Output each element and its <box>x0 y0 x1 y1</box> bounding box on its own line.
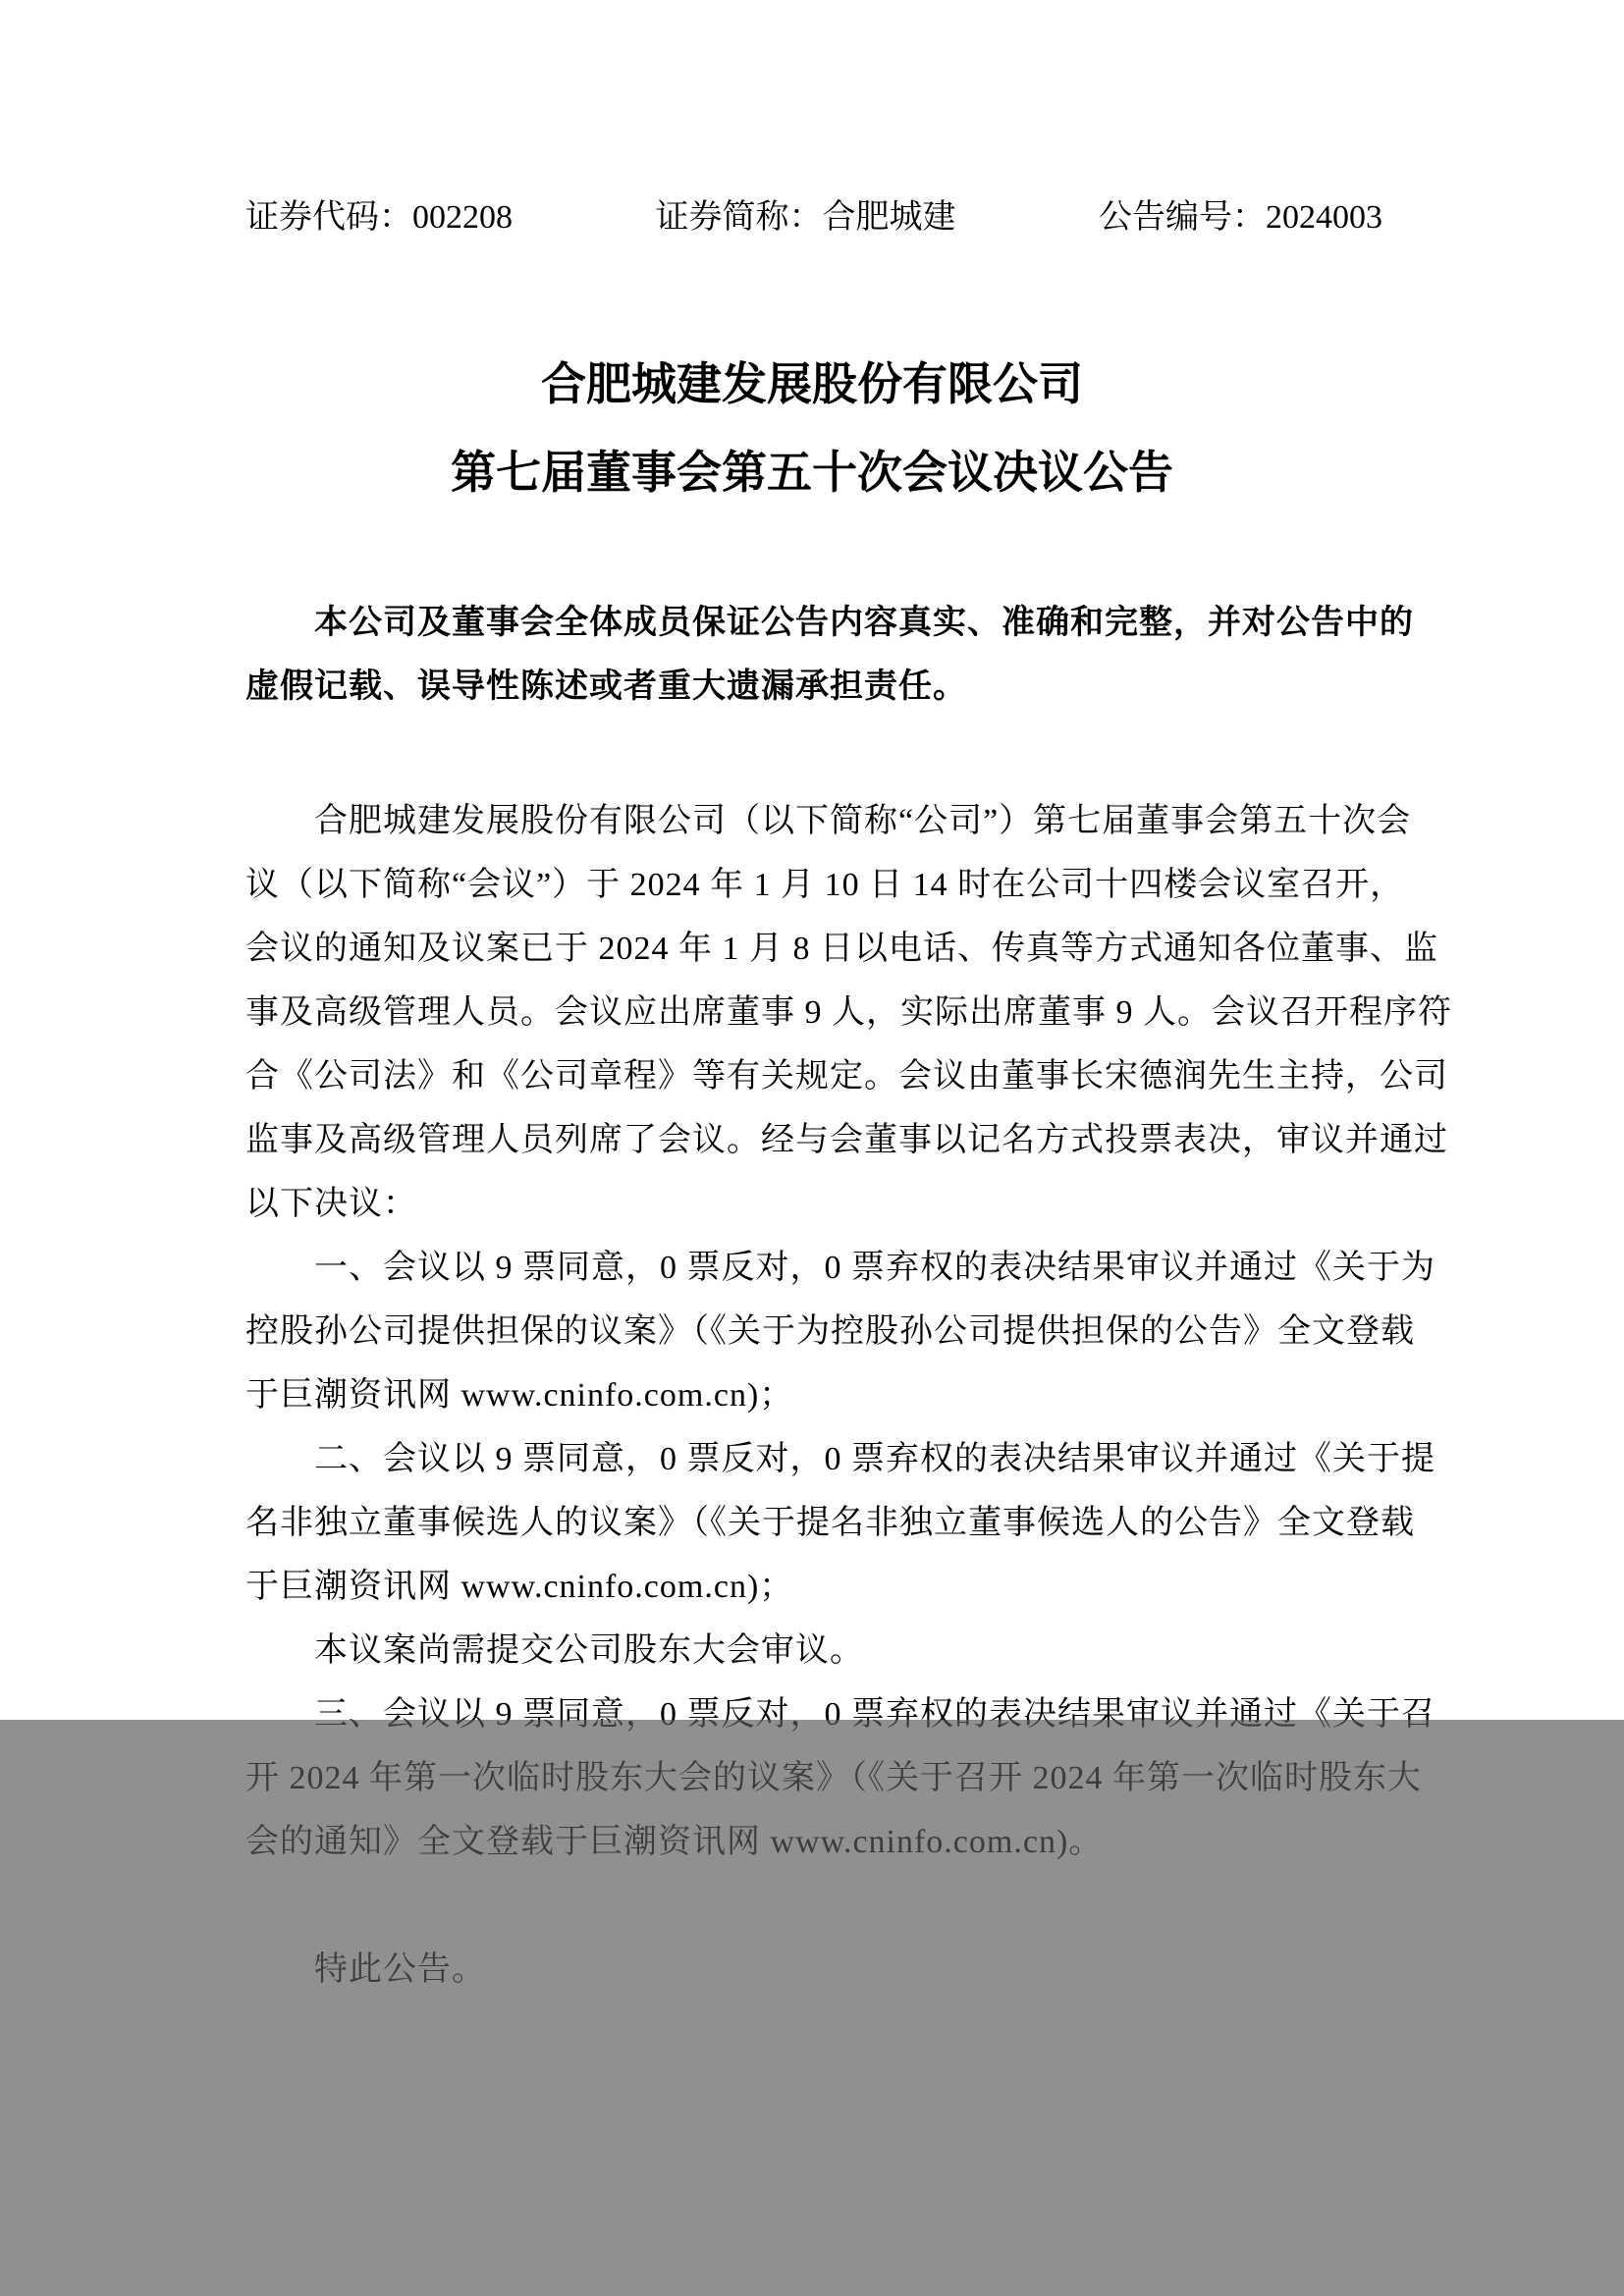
body-line: 于巨潮资讯网 www.cninfo.com.cn)； <box>245 1566 1379 1609</box>
document-page: 证券代码：002208 证券简称：合肥城建 公告编号：2024003 合肥城建发… <box>0 0 1624 2296</box>
body-line: 事及高级管理人员。会议应出席董事 9 人，实际出席董事 9 人。会议召开程序符 <box>245 991 1379 1035</box>
body-line: 二、会议以 9 票同意，0 票反对，0 票弃权的表决结果审议并通过《关于提 <box>245 1438 1447 1481</box>
body-line: 合肥城建发展股份有限公司（以下简称“公司”）第七届董事会第五十次会 <box>245 800 1447 843</box>
company-name-title: 合肥城建发展股份有限公司 <box>245 359 1379 410</box>
announcement-no-label: 公告编号：2024003 <box>1099 196 1382 240</box>
statement-line: 本公司及董事会全体成员保证公告内容真实、准确和完整，并对公告中的 <box>245 602 1447 645</box>
body-line: 本议案尚需提交公司股东大会审议。 <box>245 1629 1447 1673</box>
body-line: 控股孙公司提供担保的议案》（《关于为控股孙公司提供担保的公告》全文登载 <box>245 1310 1379 1354</box>
body-line: 会议的通知及议案已于 2024 年 1 月 8 日以电话、传真等方式通知各位董事… <box>245 928 1379 971</box>
body-line: 议（以下简称“会议”）于 2024 年 1 月 10 日 14 时在公司十四楼会… <box>245 864 1379 907</box>
body-line: 合《公司法》和《公司章程》等有关规定。会议由董事长宋德润先生主持，公司 <box>245 1055 1379 1098</box>
body-line: 监事及高级管理人员列席了会议。经与会董事以记名方式投票表决，审议并通过 <box>245 1119 1379 1162</box>
body-line: 一、会议以 9 票同意，0 票反对，0 票弃权的表决结果审议并通过《关于为 <box>245 1247 1447 1290</box>
body-line: 于巨潮资讯网 www.cninfo.com.cn)； <box>245 1374 1379 1417</box>
meeting-resolution-title: 第七届董事会第五十次会议决议公告 <box>245 448 1379 499</box>
document-header: 证券代码：002208 证券简称：合肥城建 公告编号：2024003 <box>245 196 1382 240</box>
statement-line: 虚假记载、误导性陈述或者重大遗漏承担责任。 <box>245 666 1379 709</box>
dim-overlay <box>0 1720 1624 2296</box>
body-line: 以下决议： <box>245 1183 1379 1226</box>
stock-name-label: 证券简称：合肥城建 <box>656 196 956 240</box>
stock-code-label: 证券代码：002208 <box>245 196 513 240</box>
body-line: 名非独立董事候选人的议案》（《关于提名非独立董事候选人的公告》全文登载 <box>245 1502 1379 1545</box>
